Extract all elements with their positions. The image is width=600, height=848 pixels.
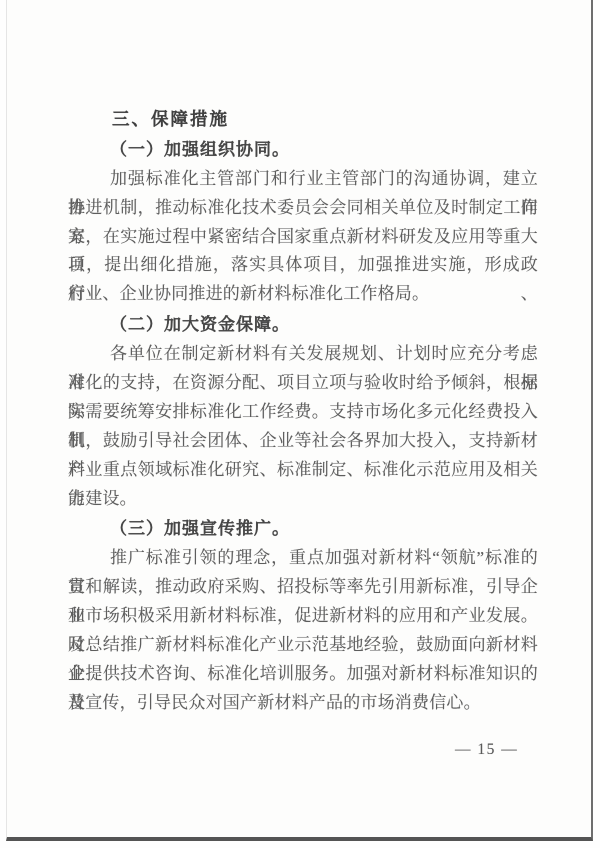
paragraph-line: 际需要统筹安排标准化工作经费。支持市场化多元化经费投入机	[68, 398, 538, 427]
page-number: — 15 —	[455, 741, 518, 759]
paragraph-line: 案，在实施过程中紧密结合国家重点新材料研发及应用等重大项	[68, 223, 538, 252]
paragraph-line: 及宣传，引导民众对国产新材料产品的市场消费信心。	[68, 689, 538, 718]
document-body: 三、保障措施 （一）加强组织协同。 加强标准化主管部门和行业主管部门的沟通协调，…	[7, 0, 538, 718]
paragraph-line: 制，鼓励引导社会团体、企业等社会各界加大投入，支持新材料	[68, 427, 538, 456]
scan-canvas: 三、保障措施 （一）加强组织协同。 加强标准化主管部门和行业主管部门的沟通协调，…	[0, 0, 600, 848]
subsection-heading: （一）加强组织协同。	[68, 136, 538, 165]
paragraph-line: 准化的支持，在资源分配、项目立项与验收时给予倾斜，根据实	[68, 369, 538, 398]
paragraph-line: 时总结推广新材料标准化产业示范基地经验，鼓励面向新材料企	[68, 631, 538, 660]
scanned-page: 三、保障措施 （一）加强组织协同。 加强标准化主管部门和行业主管部门的沟通协调，…	[6, 0, 593, 841]
paragraph-line: 目，提出细化措施，落实具体项目，加强推进实施，形成政府、	[68, 251, 538, 280]
paragraph-line: 推进机制，推动标准化技术委员会会同相关单位及时制定工作方	[68, 194, 538, 223]
paragraph-line: 和市场积极采用新材料标准，促进新材料的应用和产业发展。及	[68, 602, 538, 631]
section-heading: 三、保障措施	[68, 105, 538, 134]
paragraph-line: 贯和解读，推动政府采购、招投标等率先引用新标准，引导企业	[68, 573, 538, 602]
subsection-heading: （三）加强宣传推广。	[68, 515, 538, 544]
paragraph-line: 力建设。	[68, 485, 538, 514]
paragraph-line: 加强标准化主管部门和行业主管部门的沟通协调，建立协同	[68, 165, 538, 194]
subsection-heading: （二）加大资金保障。	[68, 311, 538, 340]
paragraph-line: 产业重点领域标准化研究、标准制定、标准化示范应用及相关能	[68, 456, 538, 485]
paragraph-line: 各单位在制定新材料有关发展规划、计划时应充分考虑对标	[68, 340, 538, 369]
paragraph-line: 业提供技术咨询、标准化培训服务。加强对新材料标准知识的普	[68, 660, 538, 689]
paragraph-line: 推广标准引领的理念，重点加强对新材料“领航”标准的宣	[68, 544, 538, 573]
